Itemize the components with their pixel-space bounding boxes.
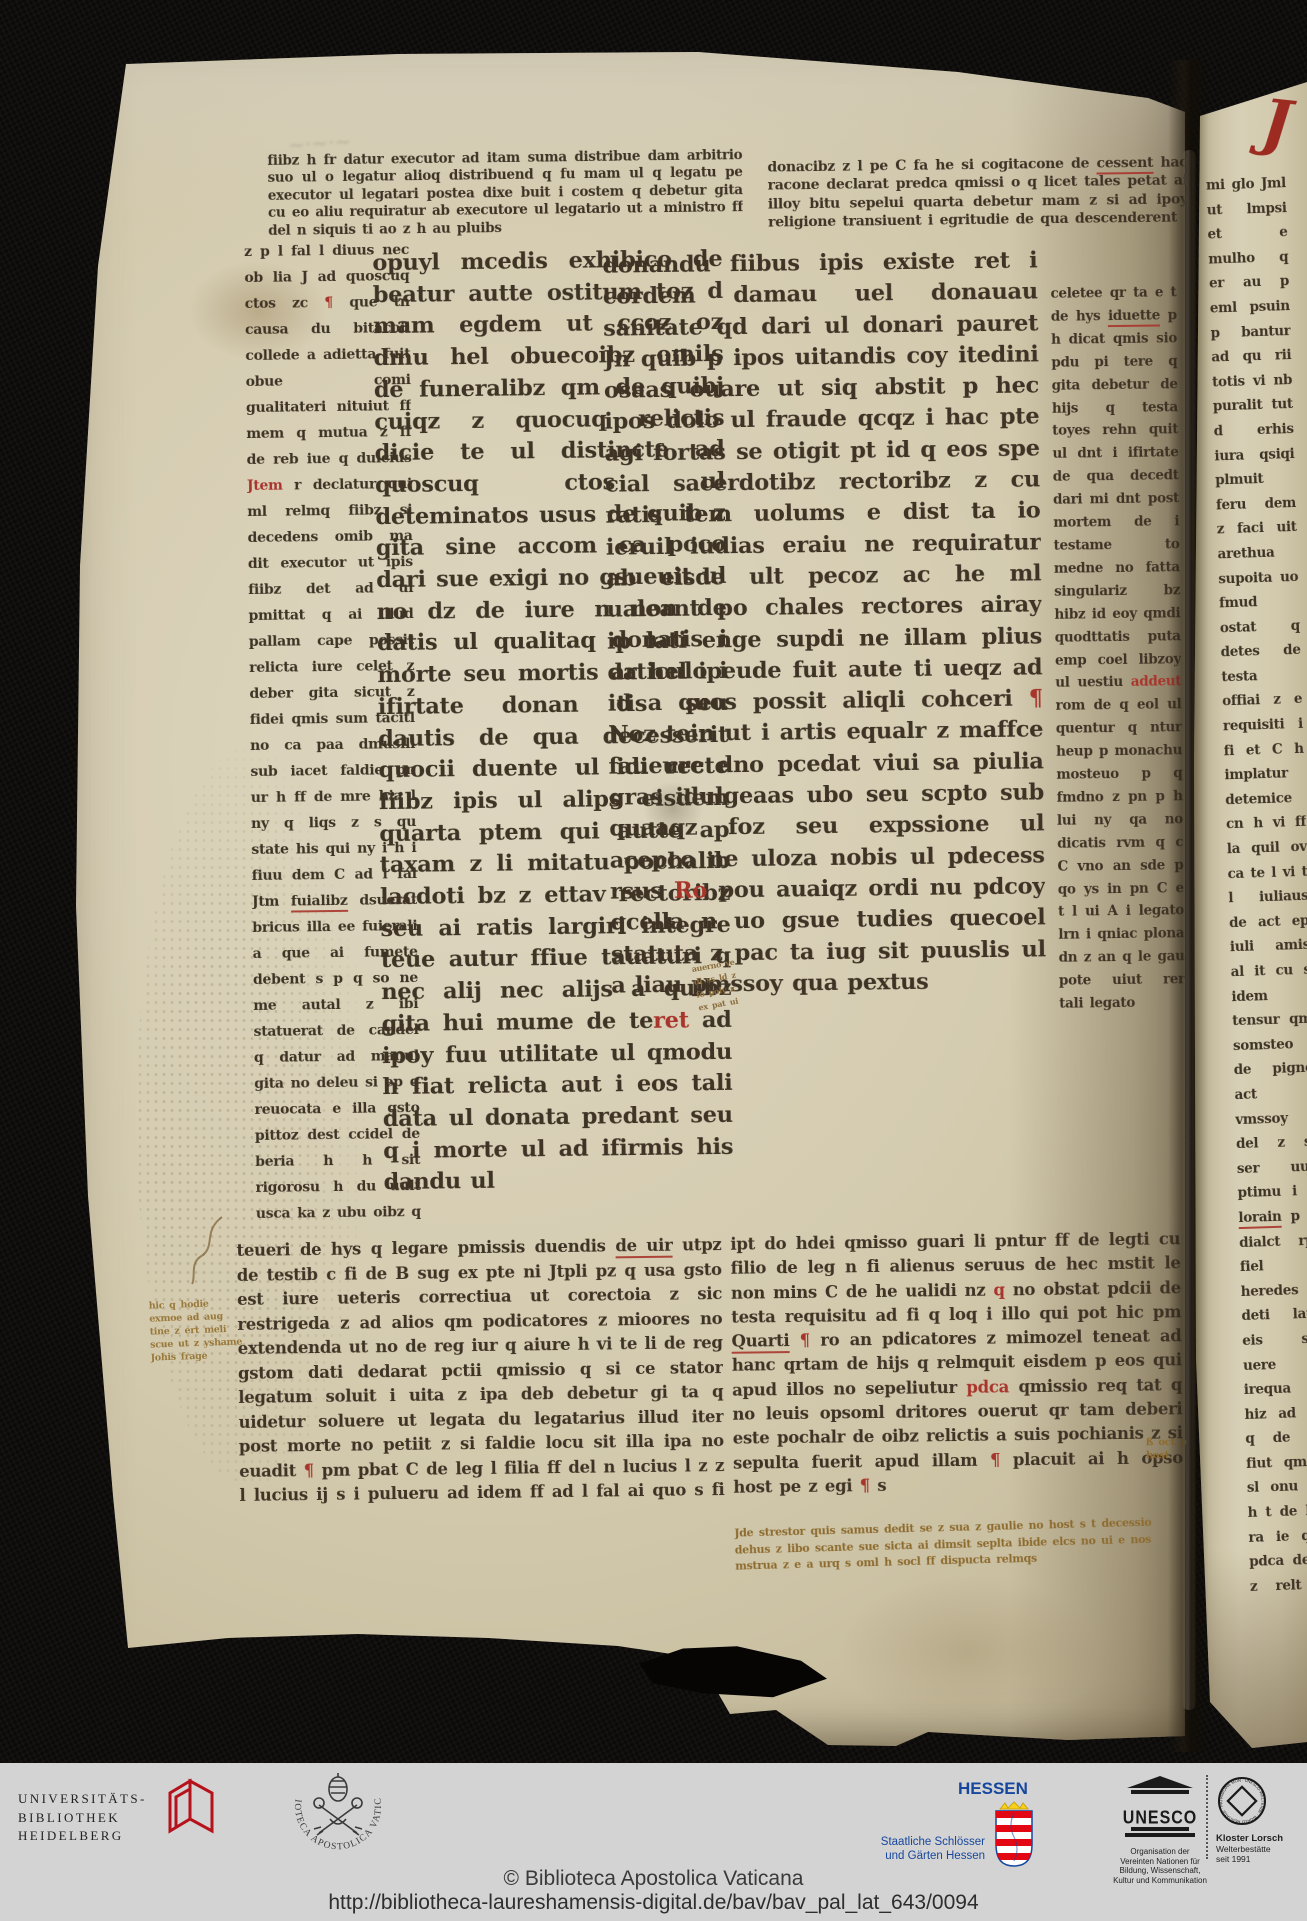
digitized-manuscript-photo: ~·~·~ fiibz h fr datur executor ad itam … — [0, 0, 1307, 1921]
margin-flourish-mark — [182, 1212, 232, 1287]
marginal-note-left: hic q hodie exmoe ad aug tine z ert meli… — [149, 1296, 246, 1381]
hessen-wordmark: HESSEN — [958, 1779, 1028, 1799]
parchment-stain — [838, 1576, 1098, 1726]
hessen-caption: Staatliche Schlösser und Gärten Hessen — [830, 1835, 985, 1863]
hessen-shield-icon — [993, 1799, 1035, 1869]
attribution-block: © Biblioteca Apostolica Vaticana http://… — [0, 1867, 1307, 1915]
world-heritage-emblem-icon: · UNESCO-WELTERBE · WORLD HERITAGE · PAT… — [1216, 1775, 1268, 1827]
unesco-caption-line: Organisation der — [1090, 1847, 1230, 1857]
heritage-caption-line: seit 1991 — [1216, 1854, 1304, 1864]
world-heritage-caption: Kloster Lorsch Welterbestätte seit 1991 — [1216, 1834, 1304, 1864]
world-heritage-group: · UNESCO-WELTERBE · WORLD HERITAGE · PAT… — [1216, 1775, 1304, 1864]
text-block-bottom-left: teueri de hys q legare pmissis duendis d… — [236, 1233, 724, 1511]
hessen-caption-line: Staatliche Schlösser — [830, 1835, 985, 1849]
ub-line: BIBLIOTHEK — [18, 1809, 147, 1828]
vatican-library-seal-icon: BIBLIOTECA APOSTOLICA VATICANA — [283, 1761, 393, 1871]
ub-line: HEIDELBERG — [18, 1827, 147, 1846]
unesco-caption-line: Vereinten Nationen für — [1090, 1857, 1230, 1867]
text-block-bottom-right: ipt do hdei qmisso guari li pntur ff de … — [730, 1227, 1184, 1526]
hessen-caption-line: und Gärten Hessen — [830, 1849, 985, 1863]
text-column-3: donandu fiibus ipis existe ret i cordem … — [602, 245, 1048, 1192]
ub-heidelberg-wordmark: UNIVERSITÄTS- BIBLIOTHEK HEIDELBERG — [18, 1790, 147, 1846]
vatican-seal-ring-text: BIBLIOTECA APOSTOLICA VATICANA — [283, 1761, 384, 1852]
copyright-line: © Biblioteca Apostolica Vaticana — [0, 1867, 1307, 1891]
heritage-caption-line: Kloster Lorsch — [1216, 1834, 1304, 1844]
ub-heidelberg-logo-icon — [158, 1773, 220, 1851]
ub-line: UNIVERSITÄTS- — [18, 1790, 147, 1809]
heritage-caption-line: Welterbestätte — [1216, 1844, 1304, 1854]
unesco-wordmark: UNESCO — [1123, 1806, 1197, 1827]
world-heritage-ring-text: · UNESCO-WELTERBE · WORLD HERITAGE · PAT… — [1216, 1775, 1266, 1825]
unesco-temple-icon: UNESCO — [1123, 1775, 1197, 1839]
dotted-divider — [1206, 1775, 1208, 1859]
svg-text:· UNESCO-WELTERBE · WORLD HERI: · UNESCO-WELTERBE · WORLD HERITAGE · PAT… — [1216, 1775, 1266, 1825]
later-annotation-note: Jde strestor quis samus dedit se z sua z… — [734, 1514, 1166, 1595]
footer-bar: UNIVERSITÄTS- BIBLIOTHEK HEIDELBERG — [0, 1763, 1307, 1921]
source-url-line: http://bibliotheca-laureshamensis-digita… — [0, 1891, 1307, 1915]
svg-text:BIBLIOTECA APOSTOLICA VATICANA: BIBLIOTECA APOSTOLICA VATICANA — [283, 1761, 384, 1852]
